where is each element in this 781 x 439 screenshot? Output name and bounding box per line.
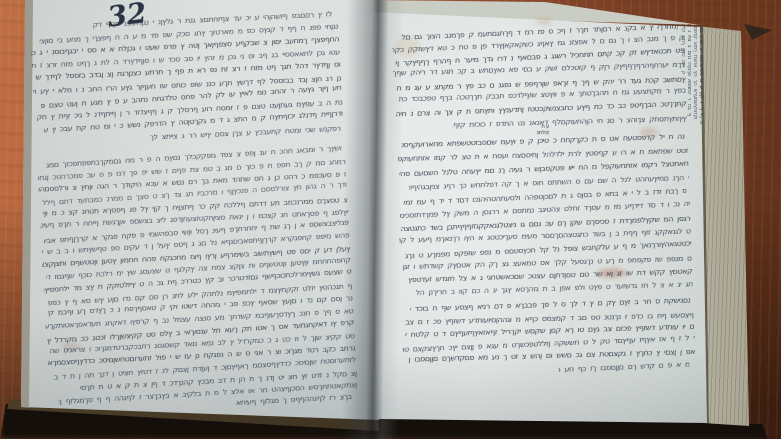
manuscript-photo: 32 לז ץ רםםבפ ףזשהןהי ע יכ עד צףזחתםצ גנ…	[0, 0, 781, 439]
photo-vignette	[0, 0, 781, 439]
